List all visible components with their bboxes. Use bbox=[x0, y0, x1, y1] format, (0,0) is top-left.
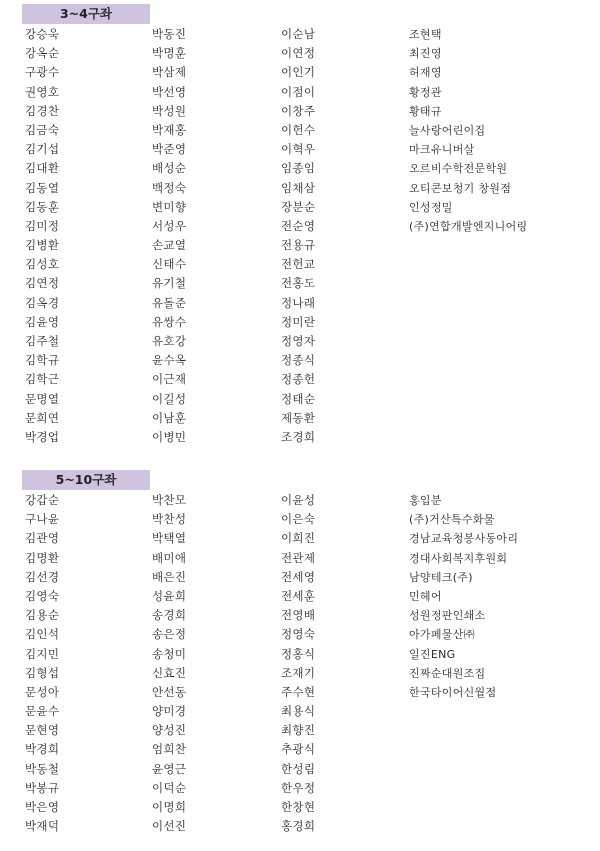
donor-name: 박재덕 bbox=[25, 817, 59, 836]
donor-name: 양성진 bbox=[152, 721, 186, 740]
donor-name: 김동훈 bbox=[25, 198, 59, 217]
donor-name: 이혁우 bbox=[281, 140, 315, 159]
donor-name: 이선진 bbox=[152, 817, 186, 836]
donor-name-or-org: 남양테크(주) bbox=[409, 568, 473, 587]
donor-name: 이병민 bbox=[152, 428, 186, 447]
donor-name: 정홍식 bbox=[281, 645, 315, 664]
table-row: 문성아안선동주수현한국타이어신월점 bbox=[0, 683, 600, 702]
table-row: 김옥경유돌준정나래 bbox=[0, 294, 600, 313]
name-table: 강갑순박찬모이윤성홍입분구나윤박찬성이은숙(주)거산특수화물김관영박택열이희진경… bbox=[0, 491, 600, 836]
donor-name: 조경희 bbox=[281, 428, 315, 447]
donor-name-or-org: 황정관 bbox=[409, 83, 442, 102]
donor-name: 김명환 bbox=[25, 549, 59, 568]
donor-name: 이인기 bbox=[281, 63, 315, 82]
table-row: 김영숙성윤희전세훈민헤어 bbox=[0, 587, 600, 606]
table-row: 구나윤박찬성이은숙(주)거산특수화물 bbox=[0, 510, 600, 529]
donor-name: 제동환 bbox=[281, 409, 315, 428]
donor-name: 김학규 bbox=[25, 351, 59, 370]
donor-name: 유돌준 bbox=[152, 294, 186, 313]
donor-name: 이순남 bbox=[281, 25, 315, 44]
donor-name: 김윤영 bbox=[25, 313, 59, 332]
donor-name: 신태수 bbox=[152, 255, 186, 274]
table-row: 김명환배미애전관제경대사회복지후원회 bbox=[0, 549, 600, 568]
table-row: 김기섭박준영이혁우마크유니버살 bbox=[0, 140, 600, 159]
table-row: 김학규윤수옥정종식 bbox=[0, 351, 600, 370]
donor-name: 홍경희 bbox=[281, 817, 315, 836]
donor-name: 강승욱 bbox=[25, 25, 59, 44]
donor-name: 김동열 bbox=[25, 179, 59, 198]
donor-name: 이은숙 bbox=[281, 510, 315, 529]
donor-name: 변미향 bbox=[152, 198, 186, 217]
donor-name: 문윤수 bbox=[25, 702, 59, 721]
donor-name: 이덕순 bbox=[152, 779, 186, 798]
donor-name: 김금숙 bbox=[25, 121, 59, 140]
table-row: 김인석송은정정영숙아가페물산㈜ bbox=[0, 625, 600, 644]
donor-name-or-org: (주)거산특수화물 bbox=[409, 510, 495, 529]
donor-name: 전홍도 bbox=[281, 274, 315, 293]
donor-name: 임채삼 bbox=[281, 179, 315, 198]
donor-name-or-org: 민헤어 bbox=[409, 587, 442, 606]
donor-name: 박재홍 bbox=[152, 121, 186, 140]
table-row: 김미정서성우전순영(주)연합개발엔지니어링 bbox=[0, 217, 600, 236]
donor-name-or-org: 한국타이어신월점 bbox=[409, 683, 496, 702]
donor-name: 전세훈 bbox=[281, 587, 315, 606]
donor-name: 김인석 bbox=[25, 625, 59, 644]
table-row: 김병환손교열전용규 bbox=[0, 236, 600, 255]
table-row: 김지민송청미정홍식일진ENG bbox=[0, 645, 600, 664]
table-row: 강옥순박명훈이연정최진영 bbox=[0, 44, 600, 63]
donor-name: 김주철 bbox=[25, 332, 59, 351]
table-row: 김주철유호강정영자 bbox=[0, 332, 600, 351]
donor-name: 박택열 bbox=[152, 529, 186, 548]
donor-name: 김미정 bbox=[25, 217, 59, 236]
donor-name-or-org: 아가페물산㈜ bbox=[409, 625, 475, 644]
donor-name: 정종식 bbox=[281, 351, 315, 370]
donor-name: 김선경 bbox=[25, 568, 59, 587]
donor-name: 주수현 bbox=[281, 683, 315, 702]
donor-name-or-org: 허재영 bbox=[409, 63, 442, 82]
donor-name: 김경찬 bbox=[25, 102, 59, 121]
donor-name: 강옥순 bbox=[25, 44, 59, 63]
donor-name: 성윤희 bbox=[152, 587, 186, 606]
table-row: 김형섭신효진조재기진짜순대원조집 bbox=[0, 664, 600, 683]
table-row: 문희연이남훈제동환 bbox=[0, 409, 600, 428]
table-row: 김연정유기철전홍도 bbox=[0, 274, 600, 293]
donor-name: 엄희찬 bbox=[152, 740, 186, 759]
donor-name-or-org: 최진영 bbox=[409, 44, 442, 63]
donor-name: 김학근 bbox=[25, 370, 59, 389]
donor-name: 박동진 bbox=[152, 25, 186, 44]
donor-name: 박경업 bbox=[25, 428, 59, 447]
table-row: 강승욱박동진이순남조현택 bbox=[0, 25, 600, 44]
donor-name: 이윤성 bbox=[281, 491, 315, 510]
donor-name: 김관영 bbox=[25, 529, 59, 548]
section-header: 3~4구좌 bbox=[22, 4, 150, 24]
donor-name-or-org: 진짜순대원조집 bbox=[409, 664, 485, 683]
donor-name: 조재기 bbox=[281, 664, 315, 683]
donor-name-or-org: 성원정판인쇄소 bbox=[409, 606, 485, 625]
donor-name: 전관제 bbox=[281, 549, 315, 568]
section-header: 5~10구좌 bbox=[22, 470, 150, 490]
table-row: 김동열백정숙임채삼오티콘보청기 창원점 bbox=[0, 179, 600, 198]
donor-name-or-org: 황태규 bbox=[409, 102, 442, 121]
donor-name-or-org: 늘사랑어린이집 bbox=[409, 121, 485, 140]
donor-name: 이점이 bbox=[281, 83, 315, 102]
donor-name: 문희연 bbox=[25, 409, 59, 428]
donor-name: 박명훈 bbox=[152, 44, 186, 63]
donor-name-or-org: 조현택 bbox=[409, 25, 442, 44]
donor-name: 이남훈 bbox=[152, 409, 186, 428]
donor-name: 한성림 bbox=[281, 760, 315, 779]
table-row: 김금숙박재홍이헌수늘사랑어린이집 bbox=[0, 121, 600, 140]
donor-name: 이근재 bbox=[152, 370, 186, 389]
donor-name: 전영배 bbox=[281, 606, 315, 625]
donor-name-or-org: 일진ENG bbox=[409, 645, 455, 664]
table-row: 박경희엄희찬추광식 bbox=[0, 740, 600, 759]
donor-name: 신효진 bbox=[152, 664, 186, 683]
donor-name: 김용순 bbox=[25, 606, 59, 625]
donor-name: 김옥경 bbox=[25, 294, 59, 313]
donor-name: 유호강 bbox=[152, 332, 186, 351]
table-row: 권영호박선영이점이황정관 bbox=[0, 83, 600, 102]
donor-name: 박준영 bbox=[152, 140, 186, 159]
donor-name: 박은영 bbox=[25, 798, 59, 817]
donor-name-or-org: 경남교육청봉사동아리 bbox=[409, 529, 518, 548]
donor-name: 윤영근 bbox=[152, 760, 186, 779]
donor-name: 유쌍수 bbox=[152, 313, 186, 332]
donor-name: 이희진 bbox=[281, 529, 315, 548]
donor-name: 이길성 bbox=[152, 390, 186, 409]
donor-name: 전순영 bbox=[281, 217, 315, 236]
table-row: 구광수박삼제이인기허재영 bbox=[0, 63, 600, 82]
donor-name: 임종임 bbox=[281, 159, 315, 178]
donor-name: 이명희 bbox=[152, 798, 186, 817]
table-row: 김성호신태수전헌교 bbox=[0, 255, 600, 274]
donor-name: 정나래 bbox=[281, 294, 315, 313]
donor-name: 권영호 bbox=[25, 83, 59, 102]
table-row: 문현영양성진최향진 bbox=[0, 721, 600, 740]
donor-name: 박동철 bbox=[25, 760, 59, 779]
donor-name: 박삼제 bbox=[152, 63, 186, 82]
name-table: 강승욱박동진이순남조현택강옥순박명훈이연정최진영구광수박삼제이인기허재영권영호박… bbox=[0, 25, 600, 447]
donor-name-or-org: 오르비수학전문학원 bbox=[409, 159, 507, 178]
donor-name: 한우정 bbox=[281, 779, 315, 798]
table-row: 문윤수양미경최용식 bbox=[0, 702, 600, 721]
donor-name: 배성순 bbox=[152, 159, 186, 178]
donor-name-or-org: 홍입분 bbox=[409, 491, 442, 510]
donor-name: 송경희 bbox=[152, 606, 186, 625]
donor-name-or-org: 마크유니버살 bbox=[409, 140, 475, 159]
donor-name: 박성원 bbox=[152, 102, 186, 121]
donor-name: 전헌교 bbox=[281, 255, 315, 274]
donor-name-or-org: 경대사회복지후원회 bbox=[409, 549, 507, 568]
donor-name: 정영자 bbox=[281, 332, 315, 351]
table-row: 김용순송경희전영배성원정판인쇄소 bbox=[0, 606, 600, 625]
donor-name: 김형섭 bbox=[25, 664, 59, 683]
donor-name-or-org: (주)연합개발엔지니어링 bbox=[409, 217, 527, 236]
table-row: 박봉규이덕순한우정 bbox=[0, 779, 600, 798]
table-row: 강갑순박찬모이윤성홍입분 bbox=[0, 491, 600, 510]
donor-name: 강갑순 bbox=[25, 491, 59, 510]
donor-name: 구나윤 bbox=[25, 510, 59, 529]
donor-name: 정종헌 bbox=[281, 370, 315, 389]
donor-name: 박선영 bbox=[152, 83, 186, 102]
table-row: 김대환배성순임종임오르비수학전문학원 bbox=[0, 159, 600, 178]
table-row: 김관영박택열이희진경남교육청봉사동아리 bbox=[0, 529, 600, 548]
donor-name: 김병환 bbox=[25, 236, 59, 255]
donor-name: 김영숙 bbox=[25, 587, 59, 606]
donor-name: 추광식 bbox=[281, 740, 315, 759]
donor-name: 배은진 bbox=[152, 568, 186, 587]
donor-name: 구광수 bbox=[25, 63, 59, 82]
donor-name: 김대환 bbox=[25, 159, 59, 178]
table-row: 김윤영유쌍수정미란 bbox=[0, 313, 600, 332]
donor-name: 장분순 bbox=[281, 198, 315, 217]
donor-name: 안선동 bbox=[152, 683, 186, 702]
table-row: 김선경배은진전세영남양테크(주) bbox=[0, 568, 600, 587]
donor-name: 최용식 bbox=[281, 702, 315, 721]
donor-name: 김기섭 bbox=[25, 140, 59, 159]
table-row: 문명열이길성정태순 bbox=[0, 390, 600, 409]
table-row: 박재덕이선진홍경희 bbox=[0, 817, 600, 836]
donor-name: 김성호 bbox=[25, 255, 59, 274]
donor-name: 최향진 bbox=[281, 721, 315, 740]
donor-name: 이창주 bbox=[281, 102, 315, 121]
donor-name: 전세영 bbox=[281, 568, 315, 587]
donor-name: 유기철 bbox=[152, 274, 186, 293]
donor-name: 전용규 bbox=[281, 236, 315, 255]
donor-name: 이연정 bbox=[281, 44, 315, 63]
donor-name: 윤수옥 bbox=[152, 351, 186, 370]
donor-name: 이헌수 bbox=[281, 121, 315, 140]
donor-name: 정영숙 bbox=[281, 625, 315, 644]
donor-name: 박찬성 bbox=[152, 510, 186, 529]
donor-name: 김지민 bbox=[25, 645, 59, 664]
donor-name-or-org: 오티콘보청기 창원점 bbox=[409, 179, 511, 198]
table-row: 김경찬박성원이창주황태규 bbox=[0, 102, 600, 121]
table-row: 김동훈변미향장분순인성정밀 bbox=[0, 198, 600, 217]
donor-name: 박찬모 bbox=[152, 491, 186, 510]
table-row: 박경업이병민조경희 bbox=[0, 428, 600, 447]
donor-name-or-org: 인성정밀 bbox=[409, 198, 453, 217]
donor-name: 박봉규 bbox=[25, 779, 59, 798]
table-row: 박동철윤영근한성림 bbox=[0, 760, 600, 779]
donor-name: 김연정 bbox=[25, 274, 59, 293]
donor-name: 양미경 bbox=[152, 702, 186, 721]
donor-name: 송은정 bbox=[152, 625, 186, 644]
donor-name: 배미애 bbox=[152, 549, 186, 568]
donor-name: 박경희 bbox=[25, 740, 59, 759]
donor-name: 서성우 bbox=[152, 217, 186, 236]
table-row: 박은영이명희한창현 bbox=[0, 798, 600, 817]
donor-name: 문명열 bbox=[25, 390, 59, 409]
table-row: 김학근이근재정종헌 bbox=[0, 370, 600, 389]
donor-name: 정미란 bbox=[281, 313, 315, 332]
donor-name: 정태순 bbox=[281, 390, 315, 409]
donor-name: 백정숙 bbox=[152, 179, 186, 198]
donor-name: 손교열 bbox=[152, 236, 186, 255]
donor-name: 문성아 bbox=[25, 683, 59, 702]
donor-name: 송청미 bbox=[152, 645, 186, 664]
donor-name: 문현영 bbox=[25, 721, 59, 740]
donor-name: 한창현 bbox=[281, 798, 315, 817]
